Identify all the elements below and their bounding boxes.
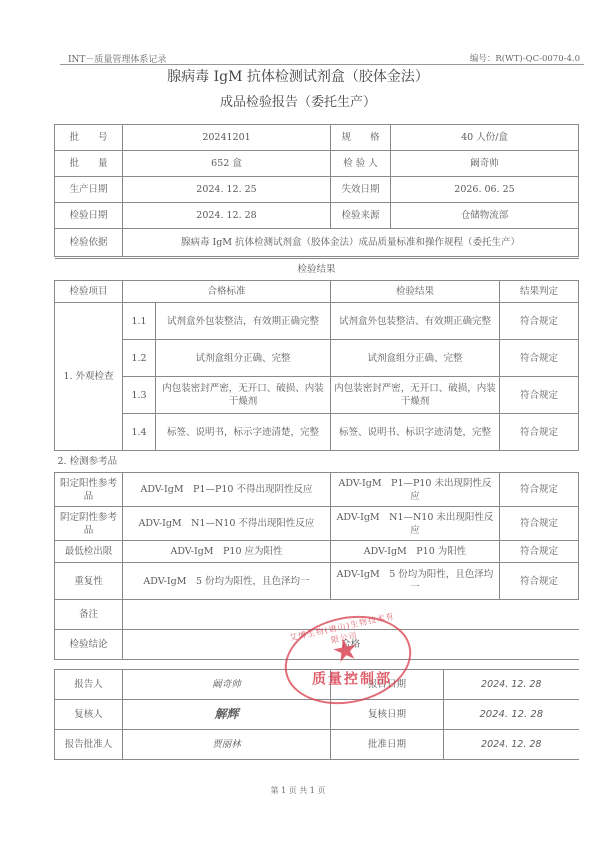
reviewer-label: 复核人 (55, 700, 123, 730)
batch-qty-value: 652 盒 (123, 151, 331, 177)
ref-result: ADV-IgM P1—P10 未出现阴性反应 (331, 473, 500, 507)
conclusion-value: 合格 (123, 630, 579, 660)
table-row: 阳定阳性参考品 ADV-IgM P1—P10 不得出现阴性反应 ADV-IgM … (55, 473, 579, 507)
reviewer-signature: 解辉 (123, 700, 331, 730)
basis-label: 检验依据 (55, 229, 123, 257)
batch-no-label: 批 号 (55, 125, 123, 151)
review-date-label: 复核日期 (331, 700, 444, 730)
ref-result: ADV-IgM P10 为阳性 (331, 541, 500, 563)
batch-no-value: 20241201 (123, 125, 331, 151)
col-header-judgement: 结果判定 (500, 281, 579, 303)
row-no: 1.2 (123, 340, 156, 377)
ref-standard: ADV-IgM 5 份均为阳性，且色泽均一 (123, 563, 331, 600)
header-divider (60, 64, 584, 65)
table-row: 阴定阴性参考品 ADV-IgM N1—N10 不得出现阳性反应 ADV-IgM … (55, 507, 579, 541)
row-judgement: 符合规定 (500, 377, 579, 414)
row-standard: 内包装密封严密，无开口、破损、内装干燥剂 (156, 377, 331, 414)
ref-result: ADV-IgM 5 份均为阳性，且色泽均一 (331, 563, 500, 600)
document-number: 编号：R(WT)-QC-0070-4.0 (470, 52, 580, 64)
row-judgement: 符合规定 (500, 303, 579, 340)
row-no: 1.4 (123, 414, 156, 451)
ref-judgement: 符合规定 (500, 473, 579, 507)
ref-judgement: 符合规定 (500, 507, 579, 541)
ref-result: ADV-IgM N1—N10 未出现阳性反应 (331, 507, 500, 541)
ref-judgement: 符合规定 (500, 563, 579, 600)
info-table: 批 号 20241201 规 格 40 人份/盒 批 量 652 盒 检 验 人… (54, 124, 579, 257)
review-date-value: 2024. 12. 28 (444, 700, 579, 730)
ref-item: 阳定阳性参考品 (55, 473, 123, 507)
row-standard: 试剂盒组分正确、完整 (156, 340, 331, 377)
table-row: 1.4 标签、说明书，标示字迹清楚，完整 标签、说明书、标识字迹清楚，完整 符合… (55, 414, 579, 451)
ref-standard: ADV-IgM N1—N10 不得出现阳性反应 (123, 507, 331, 541)
report-date-label: 报告日期 (331, 670, 444, 700)
results-table: 检验结果 检验项目 合格标准 检验结果 结果判定 1. 外观检查 1.1 试剂盒… (54, 258, 579, 660)
spec-label: 规 格 (331, 125, 391, 151)
col-header-result: 检验结果 (331, 281, 500, 303)
col-header-standard: 合格标准 (123, 281, 331, 303)
table-row: 1.3 内包装密封严密，无开口、破损、内装干燥剂 内包装密封严密，无开口、破损，… (55, 377, 579, 414)
inspector-label: 检 验 人 (331, 151, 391, 177)
group2-label: 2. 检测参考品 (55, 451, 579, 473)
reporter-signature: 阚奇帅 (123, 670, 331, 700)
report-date-value: 2024. 12. 28 (444, 670, 579, 700)
insp-date-value: 2024. 12. 28 (123, 203, 331, 229)
ref-standard: ADV-IgM P10 应为阳性 (123, 541, 331, 563)
remarks-label: 备注 (55, 600, 123, 630)
row-judgement: 符合规定 (500, 340, 579, 377)
row-standard: 标签、说明书，标示字迹清楚，完整 (156, 414, 331, 451)
table-row: 重复性 ADV-IgM 5 份均为阳性，且色泽均一 ADV-IgM 5 份均为阳… (55, 563, 579, 600)
document-title: 腺病毒 IgM 抗体检测试剂盒（胶体金法） (0, 66, 596, 86)
row-result: 内包装密封严密，无开口、破损，内装干燥剂 (331, 377, 500, 414)
exp-date-value: 2026. 06. 25 (391, 177, 579, 203)
inspector-value: 阚奇帅 (391, 151, 579, 177)
spec-value: 40 人份/盒 (391, 125, 579, 151)
conclusion-label: 检验结论 (55, 630, 123, 660)
row-no: 1.1 (123, 303, 156, 340)
row-result: 标签、说明书、标识字迹清楚，完整 (331, 414, 500, 451)
results-section-title: 检验结果 (55, 259, 579, 281)
ref-standard: ADV-IgM P1—P10 不得出现阴性反应 (123, 473, 331, 507)
reporter-label: 报告人 (55, 670, 123, 700)
ref-item: 重复性 (55, 563, 123, 600)
ref-judgement: 符合规定 (500, 541, 579, 563)
table-row: 1. 外观检查 1.1 试剂盒外包装整洁，有效期正确完整 试剂盒外包装整洁、有效… (55, 303, 579, 340)
source-label: 检验来源 (331, 203, 391, 229)
row-judgement: 符合规定 (500, 414, 579, 451)
approve-date-value: 2024. 12. 28 (444, 730, 579, 760)
table-row: 最低检出限 ADV-IgM P10 应为阳性 ADV-IgM P10 为阳性 符… (55, 541, 579, 563)
approver-label: 报告批准人 (55, 730, 123, 760)
table-row: 1.2 试剂盒组分正确、完整 试剂盒组分正确、完整 符合规定 (55, 340, 579, 377)
approve-date-label: 批准日期 (331, 730, 444, 760)
approver-signature: 贾丽林 (123, 730, 331, 760)
exp-date-label: 失效日期 (331, 177, 391, 203)
ref-item: 阴定阴性参考品 (55, 507, 123, 541)
mfg-date-value: 2024. 12. 25 (123, 177, 331, 203)
row-result: 试剂盒组分正确、完整 (331, 340, 500, 377)
page-number: 第 1 页 共 1 页 (0, 785, 596, 796)
batch-qty-label: 批 量 (55, 151, 123, 177)
source-value: 仓储物流部 (391, 203, 579, 229)
document-subtitle: 成品检验报告（委托生产） (0, 91, 596, 110)
row-no: 1.3 (123, 377, 156, 414)
mfg-date-label: 生产日期 (55, 177, 123, 203)
group1-label: 1. 外观检查 (55, 303, 123, 451)
basis-value: 腺病毒 IgM 抗体检测试剂盒（胶体金法）成品质量标准和操作规程（委托生产） (123, 229, 579, 257)
insp-date-label: 检验日期 (55, 203, 123, 229)
remarks-value (123, 600, 579, 630)
signature-table: 报告人 阚奇帅 报告日期 2024. 12. 28 复核人 解辉 复核日期 20… (54, 669, 579, 760)
row-result: 试剂盒外包装整洁、有效期正确完整 (331, 303, 500, 340)
ref-item: 最低检出限 (55, 541, 123, 563)
col-header-item: 检验项目 (55, 281, 123, 303)
row-standard: 试剂盒外包装整洁，有效期正确完整 (156, 303, 331, 340)
